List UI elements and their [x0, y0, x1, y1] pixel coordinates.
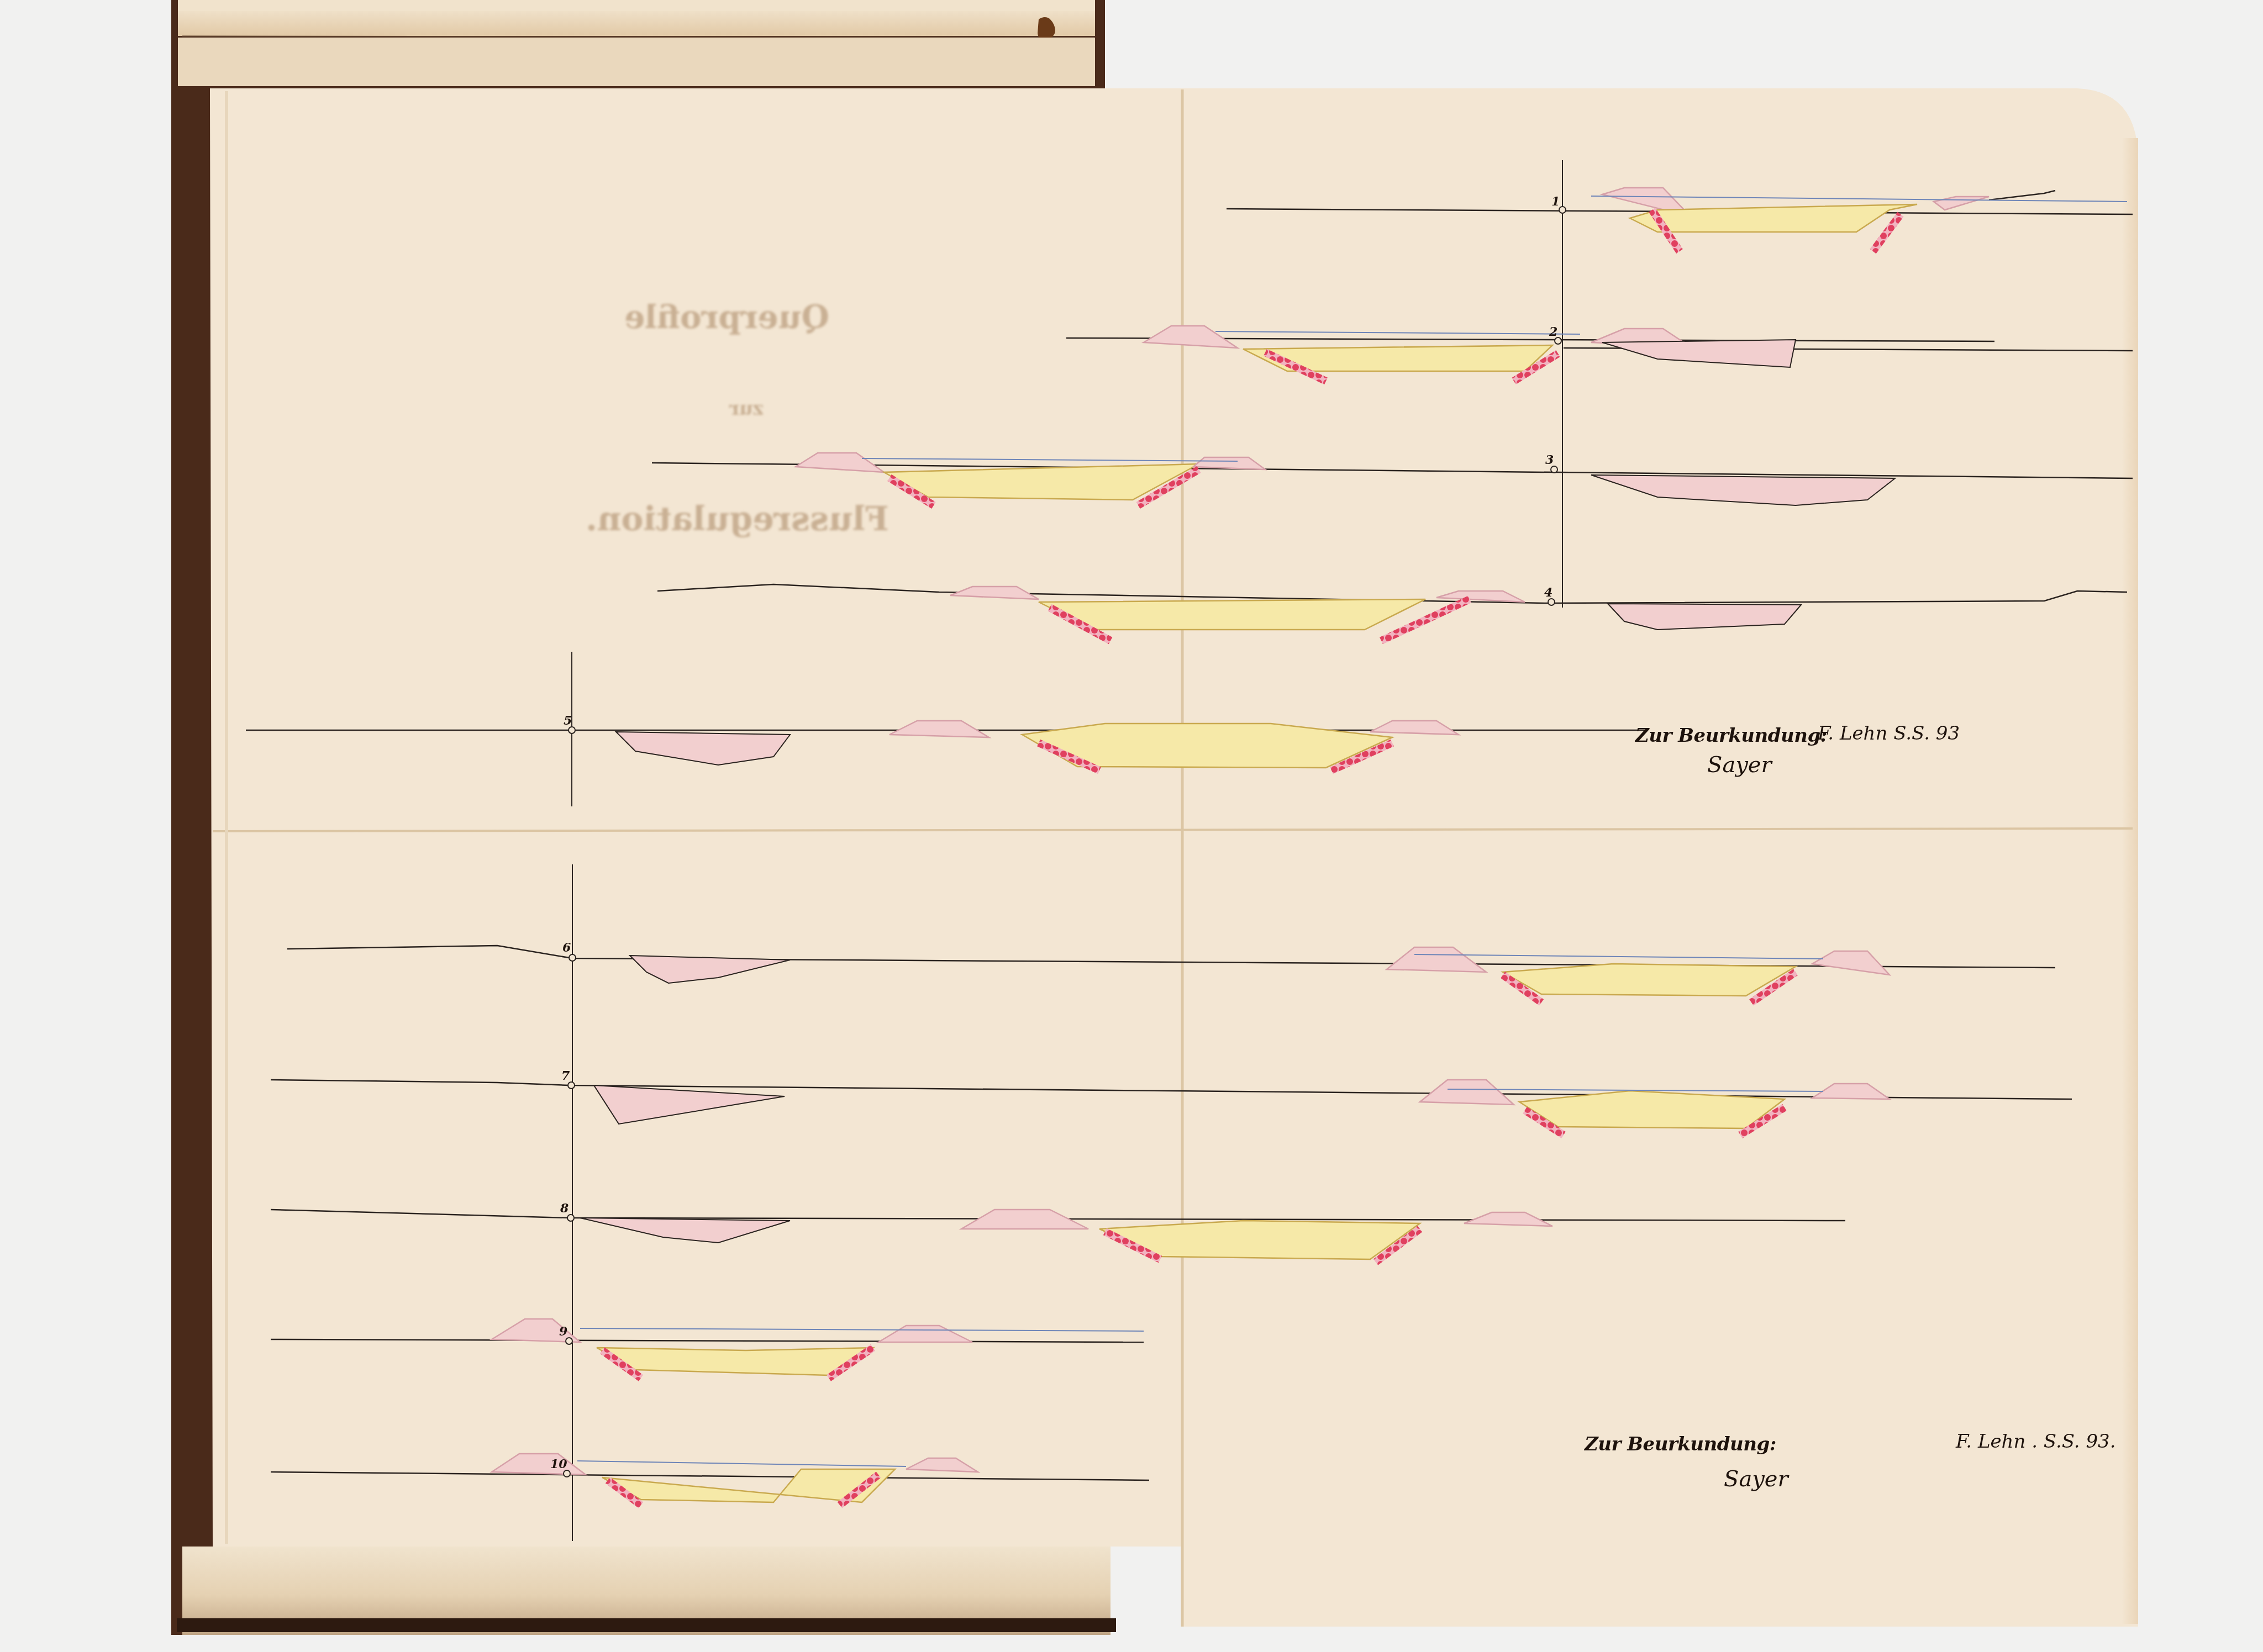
profile-number-4: 4 [1544, 585, 1552, 600]
profile-number-9: 9 [559, 1324, 567, 1339]
upper-certification-label: Zur Beurkundung: [1635, 725, 1827, 747]
profile-number-3: 3 [1545, 453, 1554, 467]
profile-number-5: 5 [564, 714, 572, 728]
book-photo: Querprofile zur Flussregulation. 1 2 3 4… [0, 0, 2263, 1652]
book-illustration [0, 0, 2263, 1652]
lower-certification-label: Zur Beurkundung: [1585, 1433, 1776, 1455]
ghost-title-line-3: Flussregulation. [586, 500, 889, 539]
upper-author-signature: F. Lehn S.S. 93 [1818, 722, 1960, 745]
profile-number-10: 10 [550, 1457, 567, 1471]
ghost-title-line-2: zur [729, 398, 764, 420]
profile-number-1: 1 [1551, 194, 1560, 209]
lower-certifier-signature: Sayer [1724, 1466, 1788, 1492]
profile-number-8: 8 [560, 1201, 569, 1216]
profile-number-2: 2 [1549, 325, 1557, 339]
profile-number-6: 6 [562, 941, 571, 955]
open-spread-paper [210, 88, 2138, 1627]
upper-certifier-signature: Sayer [1707, 752, 1772, 778]
profile-number-7: 7 [561, 1069, 570, 1083]
lower-author-signature: F. Lehn . S.S. 93. [1956, 1431, 2115, 1453]
ghost-title-line-1: Querprofile [624, 298, 829, 336]
